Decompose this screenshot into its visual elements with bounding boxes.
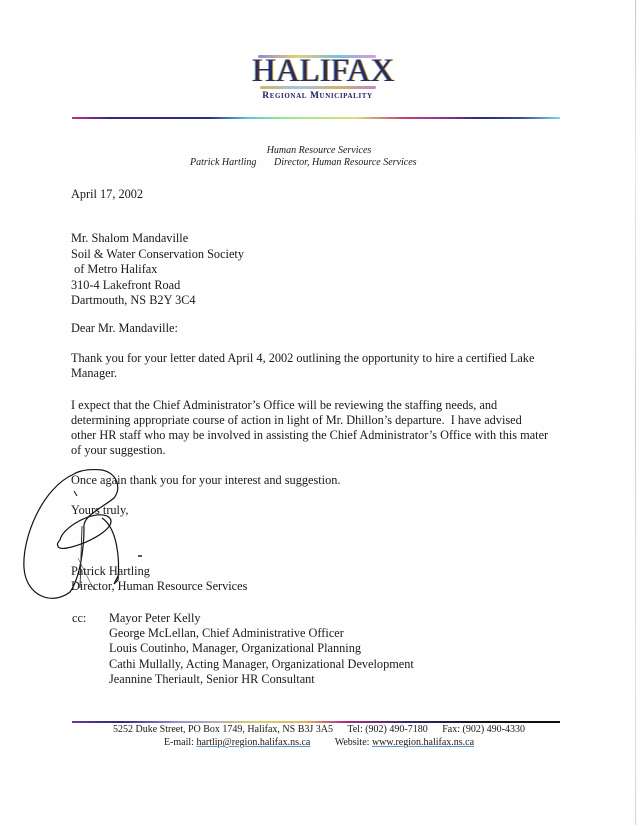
cc-recipient: Louis Coutinho, Manager, Organizational … (109, 641, 414, 656)
cc-list: Mayor Peter Kelly George McLellan, Chief… (109, 611, 414, 687)
salutation: Dear Mr. Mandaville: (71, 321, 178, 336)
signer-title: Director, Human Resource Services (71, 579, 247, 594)
footer-web-line: E-mail: hartlip@region.halifax.ns.ca Web… (0, 737, 638, 748)
address-line: 310-4 Lakefront Road (71, 278, 244, 294)
director-name: Patrick Hartling (190, 157, 256, 168)
address-line: Dartmouth, NS B2Y 3C4 (71, 293, 244, 309)
recipient-address: Mr. Shalom Mandaville Soil & Water Conse… (71, 231, 244, 309)
footer-tel: Tel: (902) 490-7180 (347, 724, 427, 735)
address-line: of Metro Halifax (71, 262, 244, 278)
cc-recipient: Jeannine Theriault, Senior HR Consultant (109, 672, 414, 687)
signer-name: Patrick Hartling (71, 564, 150, 579)
footer-contact-line: 5252 Duke Street, PO Box 1749, Halifax, … (0, 724, 638, 735)
halifax-logo: HALIFAX (252, 54, 382, 88)
footer-rule (72, 721, 560, 723)
address-line: Mr. Shalom Mandaville (71, 231, 244, 247)
logo-swoosh-bottom (260, 86, 376, 89)
website-label: Website: (335, 737, 370, 748)
paragraph-line: Thank you for your letter dated April 4,… (71, 351, 534, 366)
director-title: Director, Human Resource Services (274, 157, 417, 168)
email-link[interactable]: hartlip@region.halifax.ns.ca (196, 737, 310, 748)
letter-date: April 17, 2002 (71, 187, 143, 202)
paragraph-1: Thank you for your letter dated April 4,… (71, 351, 534, 381)
paragraph-line: of your suggestion. (71, 443, 548, 458)
address-line: Soil & Water Conservation Society (71, 247, 244, 263)
department-name: Human Resource Services (0, 145, 638, 156)
footer-fax: Fax: (902) 490-4330 (442, 724, 525, 735)
paragraph-line: I expect that the Chief Administrator’s … (71, 398, 548, 413)
paragraph-line: Manager. (71, 366, 534, 381)
footer-address: 5252 Duke Street, PO Box 1749, Halifax, … (113, 724, 333, 735)
logo-subtitle: Regional Municipality (250, 91, 385, 101)
scan-edge-line (635, 0, 636, 825)
paragraph-line: other HR staff who may be involved in as… (71, 428, 548, 443)
paragraph-line: determining appropriate course of action… (71, 413, 548, 428)
cc-recipient: George McLellan, Chief Administrative Of… (109, 626, 414, 641)
paragraph-2: I expect that the Chief Administrator’s … (71, 398, 548, 458)
cc-recipient: Mayor Peter Kelly (109, 611, 414, 626)
cc-label: cc: (72, 611, 86, 626)
email-label: E-mail: (164, 737, 194, 748)
cc-recipient: Cathi Mullally, Acting Manager, Organiza… (109, 657, 414, 672)
letterhead-rule (72, 117, 560, 119)
website-link[interactable]: www.region.halifax.ns.ca (372, 737, 474, 748)
